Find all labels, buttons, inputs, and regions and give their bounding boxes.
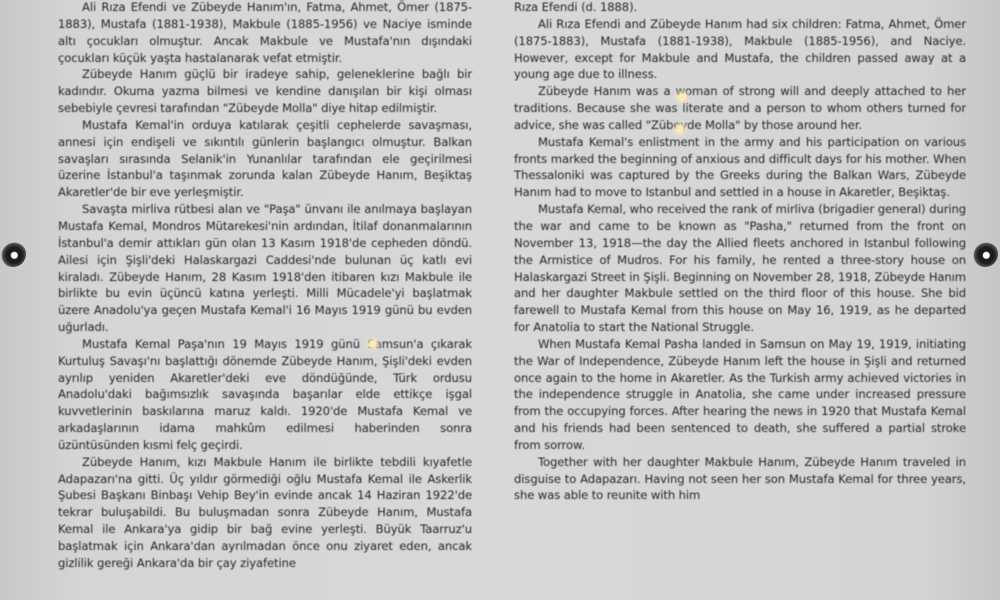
tr-paragraph-children: Ali Rıza Efendi ve Zübeyde Hanım'ın, Fat…	[58, 0, 472, 66]
en-paragraph-adapazari: Together with her daughter Makbule Hanım…	[514, 454, 966, 505]
en-paragraph-army: Mustafa Kemal's enlistment in the army a…	[514, 134, 966, 201]
information-plaque: Ali Rıza Efendi ve Zübeyde Hanım'ın, Fat…	[0, 0, 1000, 600]
tr-paragraph-army: Mustafa Kemal'in orduya katılarak çeşitl…	[58, 117, 472, 201]
english-text-column: Rıza Efendi (d. 1888). Ali Rıza Efendi a…	[514, 0, 966, 504]
tr-paragraph-sisli-house: Savaşta mirliva rütbesi alan ve "Paşa" ü…	[58, 201, 472, 336]
en-paragraph-children: Ali Rıza Efendi and Zübeyde Hanım had si…	[514, 16, 966, 83]
en-paragraph-independence-war: When Mustafa Kemal Pasha landed in Samsu…	[514, 336, 966, 454]
en-paragraph-character: Zübeyde Hanım was a woman of strong will…	[514, 83, 966, 134]
en-paragraph-sisli-house: Mustafa Kemal, who received the rank of …	[514, 201, 966, 336]
tr-paragraph-adapazari: Zübeyde Hanım, kızı Makbule Hanım ile bi…	[58, 454, 472, 572]
tr-paragraph-character: Zübeyde Hanım güçlü bir iradeye sahip, g…	[58, 66, 472, 117]
turkish-text-column: Ali Rıza Efendi ve Zübeyde Hanım'ın, Fat…	[58, 0, 472, 572]
right-screw-icon	[972, 241, 998, 267]
left-screw-icon	[0, 241, 26, 267]
light-glare	[364, 335, 382, 353]
light-glare	[671, 120, 689, 138]
tr-paragraph-independence-war: Mustafa Kemal Paşa'nın 19 Mayıs 1919 gün…	[58, 336, 472, 454]
light-glare	[673, 88, 691, 106]
en-opening-fragment: Rıza Efendi (d. 1888).	[514, 0, 966, 16]
